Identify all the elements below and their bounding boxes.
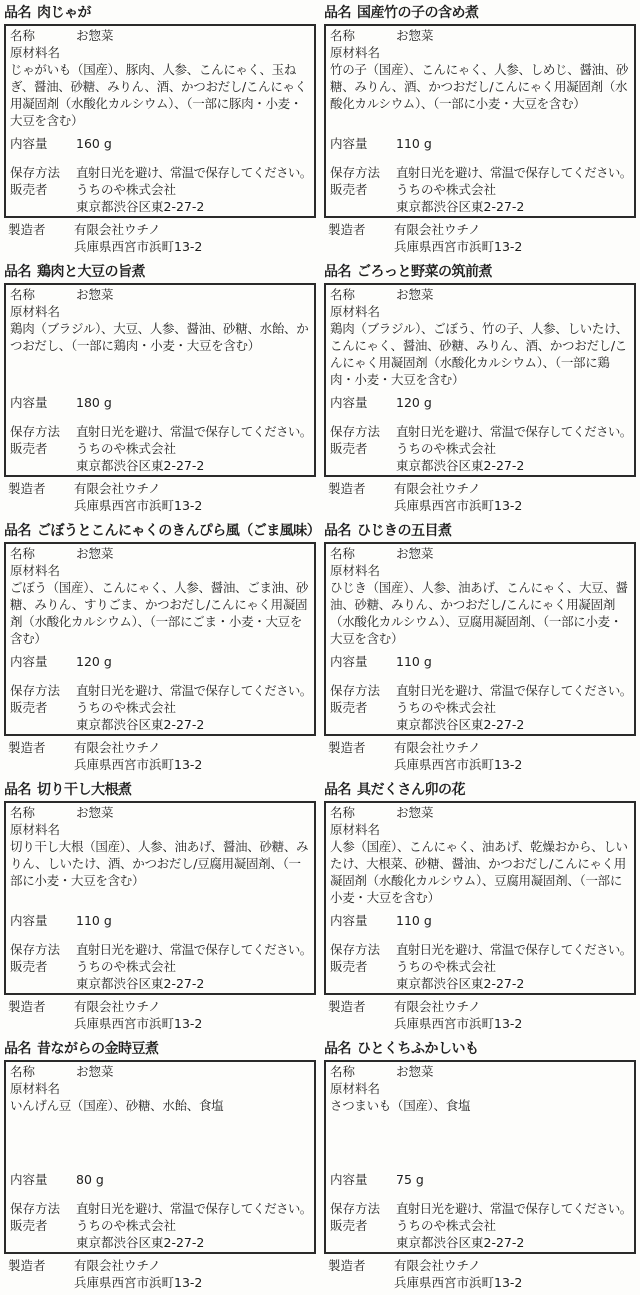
net-content-value: 180 g (76, 394, 112, 411)
manufacturer-name: 有限会社ウチノ (74, 998, 202, 1015)
manufacturer-value: 有限会社ウチノ 兵庫県西宮市浜町13-2 (74, 221, 202, 255)
storage-label: 保存方法 (330, 941, 396, 958)
name-value: お惣菜 (396, 27, 434, 44)
product-name: 昔ながらの金時豆煮 (37, 1041, 159, 1057)
name-row: 名称 お惣菜 (10, 27, 310, 44)
product-title-prefix: 品名 (324, 1041, 351, 1057)
manufacturer-row: 製造者 有限会社ウチノ 兵庫県西宮市浜町13-2 (324, 221, 636, 255)
product-title: 品名ひじきの五目煮 (324, 521, 636, 542)
storage-label: 保存方法 (10, 941, 76, 958)
spec-box: 名称 お惣菜 原材料名 ひじき（国産）、人参、油あげ、こんにゃく、大豆、醤油、砂… (324, 542, 636, 736)
seller-address: 東京都渋谷区東2-27-2 (396, 716, 524, 733)
manufacturer-row: 製造者 有限会社ウチノ 兵庫県西宮市浜町13-2 (324, 480, 636, 514)
ingredients-label: 原材料名 (10, 44, 310, 61)
name-row: 名称 お惣菜 (330, 27, 630, 44)
name-value: お惣菜 (396, 1063, 434, 1080)
product-title: 品名ごぼうとこんにゃくのきんぴら風（ごま風味） (4, 521, 316, 542)
net-content-label: 内容量 (10, 653, 76, 670)
name-label: 名称 (10, 286, 76, 303)
spec-box: 名称 お惣菜 原材料名 いんげん豆（国産）、砂糖、水飴、食塩 内容量 80 g … (4, 1060, 316, 1254)
ingredients-label: 原材料名 (10, 303, 310, 320)
manufacturer-name: 有限会社ウチノ (394, 998, 522, 1015)
ingredients-label: 原材料名 (330, 1080, 630, 1097)
seller-name: うちのや株式会社 (396, 699, 524, 716)
product-title: 品名国産竹の子の含め煮 (324, 3, 636, 24)
label-card: 品名ひとくちふかしいも 名称 お惣菜 原材料名 さつまいも（国産）、食塩 内容量… (320, 1036, 640, 1295)
ingredients-text: さつまいも（国産）、食塩 (330, 1097, 630, 1165)
seller-row: 販売者 うちのや株式会社 東京都渋谷区東2-27-2 (330, 958, 630, 992)
spec-box: 名称 お惣菜 原材料名 人参（国産）、こんにゃく、油あげ、乾燥おから、しいたけ、… (324, 801, 636, 995)
manufacturer-address: 兵庫県西宮市浜町13-2 (394, 1015, 522, 1032)
manufacturer-label: 製造者 (8, 998, 74, 1032)
manufacturer-value: 有限会社ウチノ 兵庫県西宮市浜町13-2 (394, 480, 522, 514)
storage-value: 直射日光を避け、常温で保存してください。 (396, 423, 632, 440)
manufacturer-row: 製造者 有限会社ウチノ 兵庫県西宮市浜町13-2 (324, 739, 636, 773)
seller-name: うちのや株式会社 (76, 1217, 204, 1234)
spec-box: 名称 お惣菜 原材料名 ごぼう（国産）、こんにゃく、人参、醤油、ごま油、砂糖、み… (4, 542, 316, 736)
ingredients-text: 人参（国産）、こんにゃく、油あげ、乾燥おから、しいたけ、大根菜、砂糖、醤油、かつ… (330, 838, 630, 906)
name-row: 名称 お惣菜 (330, 1063, 630, 1080)
seller-value: うちのや株式会社 東京都渋谷区東2-27-2 (76, 958, 204, 992)
spec-box: 名称 お惣菜 原材料名 竹の子（国産）、こんにゃく、人参、しめじ、醤油、砂糖、み… (324, 24, 636, 218)
net-content-row: 内容量 110 g (10, 912, 310, 929)
manufacturer-label: 製造者 (8, 1257, 74, 1291)
seller-value: うちのや株式会社 東京都渋谷区東2-27-2 (76, 699, 204, 733)
storage-label: 保存方法 (10, 1200, 76, 1217)
name-value: お惣菜 (76, 545, 114, 562)
product-title-prefix: 品名 (4, 1041, 31, 1057)
net-content-label: 内容量 (10, 1171, 76, 1188)
product-name: ごぼうとこんにゃくのきんぴら風（ごま風味） (37, 523, 316, 539)
label-card: 品名切り干し大根煮 名称 お惣菜 原材料名 切り干し大根（国産）、人参、油あげ、… (0, 777, 320, 1036)
seller-name: うちのや株式会社 (396, 1217, 524, 1234)
name-row: 名称 お惣菜 (330, 804, 630, 821)
seller-name: うちのや株式会社 (76, 181, 204, 198)
manufacturer-label: 製造者 (328, 998, 394, 1032)
label-card: 品名ひじきの五目煮 名称 お惣菜 原材料名 ひじき（国産）、人参、油あげ、こんに… (320, 518, 640, 777)
storage-label: 保存方法 (330, 423, 396, 440)
storage-row: 保存方法 直射日光を避け、常温で保存してください。 (10, 1200, 310, 1217)
spec-box: 名称 お惣菜 原材料名 鶏肉（ブラジル）、ごぼう、竹の子、人参、しいたけ、こんに… (324, 283, 636, 477)
seller-name: うちのや株式会社 (76, 699, 204, 716)
manufacturer-name: 有限会社ウチノ (394, 221, 522, 238)
seller-address: 東京都渋谷区東2-27-2 (396, 1234, 524, 1251)
storage-row: 保存方法 直射日光を避け、常温で保存してください。 (330, 423, 630, 440)
seller-value: うちのや株式会社 東京都渋谷区東2-27-2 (76, 440, 204, 474)
net-content-value: 110 g (76, 912, 112, 929)
net-content-label: 内容量 (10, 135, 76, 152)
storage-row: 保存方法 直射日光を避け、常温で保存してください。 (10, 682, 310, 699)
name-value: お惣菜 (76, 1063, 114, 1080)
storage-row: 保存方法 直射日光を避け、常温で保存してください。 (10, 423, 310, 440)
manufacturer-label: 製造者 (328, 739, 394, 773)
manufacturer-value: 有限会社ウチノ 兵庫県西宮市浜町13-2 (394, 739, 522, 773)
seller-label: 販売者 (10, 699, 76, 733)
net-content-row: 内容量 110 g (330, 912, 630, 929)
name-value: お惣菜 (76, 286, 114, 303)
manufacturer-address: 兵庫県西宮市浜町13-2 (394, 1274, 522, 1291)
name-row: 名称 お惣菜 (10, 286, 310, 303)
product-title-prefix: 品名 (4, 523, 31, 539)
product-title: 品名ごろっと野菜の筑前煮 (324, 262, 636, 283)
seller-label: 販売者 (10, 1217, 76, 1251)
product-title: 品名昔ながらの金時豆煮 (4, 1039, 316, 1060)
product-title-prefix: 品名 (4, 5, 31, 21)
manufacturer-row: 製造者 有限会社ウチノ 兵庫県西宮市浜町13-2 (4, 480, 316, 514)
ingredients-text: 鶏肉（ブラジル）、大豆、人参、醤油、砂糖、水飴、かつおだし、（一部に鶏肉・小麦・… (10, 320, 310, 388)
manufacturer-row: 製造者 有限会社ウチノ 兵庫県西宮市浜町13-2 (4, 739, 316, 773)
seller-value: うちのや株式会社 東京都渋谷区東2-27-2 (396, 1217, 524, 1251)
spec-box: 名称 お惣菜 原材料名 さつまいも（国産）、食塩 内容量 75 g 保存方法 直… (324, 1060, 636, 1254)
product-name: ひじきの五目煮 (357, 523, 452, 539)
net-content-value: 110 g (396, 912, 432, 929)
net-content-value: 110 g (396, 653, 432, 670)
spec-box: 名称 お惣菜 原材料名 じゃがいも（国産）、豚肉、人参、こんにゃく、玉ねぎ、醤油… (4, 24, 316, 218)
product-title-prefix: 品名 (324, 782, 351, 798)
storage-value: 直射日光を避け、常温で保存してください。 (76, 164, 312, 181)
ingredients-text: じゃがいも（国産）、豚肉、人参、こんにゃく、玉ねぎ、醤油、砂糖、みりん、酒、かつ… (10, 61, 310, 129)
ingredients-label: 原材料名 (10, 821, 310, 838)
net-content-row: 内容量 120 g (330, 394, 630, 411)
net-content-value: 160 g (76, 135, 112, 152)
manufacturer-name: 有限会社ウチノ (74, 221, 202, 238)
storage-value: 直射日光を避け、常温で保存してください。 (76, 682, 312, 699)
manufacturer-label: 製造者 (8, 739, 74, 773)
net-content-label: 内容量 (330, 1171, 396, 1188)
seller-value: うちのや株式会社 東京都渋谷区東2-27-2 (396, 440, 524, 474)
ingredients-text: いんげん豆（国産）、砂糖、水飴、食塩 (10, 1097, 310, 1165)
net-content-row: 内容量 110 g (330, 135, 630, 152)
product-title: 品名肉じゃが (4, 3, 316, 24)
storage-label: 保存方法 (330, 1200, 396, 1217)
manufacturer-name: 有限会社ウチノ (74, 480, 202, 497)
manufacturer-label: 製造者 (328, 221, 394, 255)
storage-label: 保存方法 (330, 682, 396, 699)
seller-row: 販売者 うちのや株式会社 東京都渋谷区東2-27-2 (10, 440, 310, 474)
seller-label: 販売者 (10, 181, 76, 215)
seller-row: 販売者 うちのや株式会社 東京都渋谷区東2-27-2 (330, 1217, 630, 1251)
storage-row: 保存方法 直射日光を避け、常温で保存してください。 (330, 164, 630, 181)
labels-grid: 品名肉じゃが 名称 お惣菜 原材料名 じゃがいも（国産）、豚肉、人参、こんにゃく… (0, 0, 640, 1295)
name-label: 名称 (10, 545, 76, 562)
seller-label: 販売者 (330, 958, 396, 992)
seller-label: 販売者 (10, 440, 76, 474)
storage-label: 保存方法 (330, 164, 396, 181)
name-label: 名称 (10, 804, 76, 821)
seller-row: 販売者 うちのや株式会社 東京都渋谷区東2-27-2 (10, 699, 310, 733)
manufacturer-address: 兵庫県西宮市浜町13-2 (74, 238, 202, 255)
product-title-prefix: 品名 (324, 523, 351, 539)
net-content-label: 内容量 (10, 394, 76, 411)
net-content-value: 110 g (396, 135, 432, 152)
storage-value: 直射日光を避け、常温で保存してください。 (76, 941, 312, 958)
manufacturer-address: 兵庫県西宮市浜町13-2 (74, 497, 202, 514)
label-card: 品名国産竹の子の含め煮 名称 お惣菜 原材料名 竹の子（国産）、こんにゃく、人参… (320, 0, 640, 259)
seller-row: 販売者 うちのや株式会社 東京都渋谷区東2-27-2 (330, 699, 630, 733)
name-label: 名称 (10, 1063, 76, 1080)
product-title-prefix: 品名 (324, 5, 351, 21)
name-row: 名称 お惣菜 (10, 1063, 310, 1080)
name-label: 名称 (330, 286, 396, 303)
manufacturer-label: 製造者 (328, 480, 394, 514)
manufacturer-name: 有限会社ウチノ (394, 1257, 522, 1274)
product-name: 具だくさん卯の花 (357, 782, 465, 798)
seller-label: 販売者 (10, 958, 76, 992)
manufacturer-name: 有限会社ウチノ (74, 739, 202, 756)
seller-row: 販売者 うちのや株式会社 東京都渋谷区東2-27-2 (330, 181, 630, 215)
net-content-label: 内容量 (330, 912, 396, 929)
product-title: 品名鶏肉と大豆の旨煮 (4, 262, 316, 283)
product-name: 肉じゃが (37, 5, 91, 21)
ingredients-label: 原材料名 (10, 562, 310, 579)
manufacturer-name: 有限会社ウチノ (394, 480, 522, 497)
seller-name: うちのや株式会社 (396, 958, 524, 975)
storage-label: 保存方法 (10, 682, 76, 699)
storage-row: 保存方法 直射日光を避け、常温で保存してください。 (330, 941, 630, 958)
seller-value: うちのや株式会社 東京都渋谷区東2-27-2 (76, 1217, 204, 1251)
product-title: 品名具だくさん卯の花 (324, 780, 636, 801)
name-row: 名称 お惣菜 (330, 286, 630, 303)
seller-row: 販売者 うちのや株式会社 東京都渋谷区東2-27-2 (10, 958, 310, 992)
label-card: 品名昔ながらの金時豆煮 名称 お惣菜 原材料名 いんげん豆（国産）、砂糖、水飴、… (0, 1036, 320, 1295)
seller-name: うちのや株式会社 (396, 181, 524, 198)
seller-label: 販売者 (330, 1217, 396, 1251)
storage-value: 直射日光を避け、常温で保存してください。 (396, 682, 632, 699)
label-card: 品名ごろっと野菜の筑前煮 名称 お惣菜 原材料名 鶏肉（ブラジル）、ごぼう、竹の… (320, 259, 640, 518)
storage-value: 直射日光を避け、常温で保存してください。 (396, 941, 632, 958)
name-value: お惣菜 (76, 804, 114, 821)
seller-value: うちのや株式会社 東京都渋谷区東2-27-2 (396, 699, 524, 733)
net-content-row: 内容量 160 g (10, 135, 310, 152)
label-card: 品名具だくさん卯の花 名称 お惣菜 原材料名 人参（国産）、こんにゃく、油あげ、… (320, 777, 640, 1036)
manufacturer-address: 兵庫県西宮市浜町13-2 (74, 1274, 202, 1291)
product-title-prefix: 品名 (324, 264, 351, 280)
seller-label: 販売者 (330, 181, 396, 215)
product-name: 切り干し大根煮 (37, 782, 132, 798)
manufacturer-address: 兵庫県西宮市浜町13-2 (394, 756, 522, 773)
seller-address: 東京都渋谷区東2-27-2 (76, 198, 204, 215)
manufacturer-row: 製造者 有限会社ウチノ 兵庫県西宮市浜町13-2 (4, 221, 316, 255)
storage-row: 保存方法 直射日光を避け、常温で保存してください。 (330, 682, 630, 699)
manufacturer-row: 製造者 有限会社ウチノ 兵庫県西宮市浜町13-2 (4, 1257, 316, 1291)
seller-value: うちのや株式会社 東京都渋谷区東2-27-2 (76, 181, 204, 215)
manufacturer-address: 兵庫県西宮市浜町13-2 (394, 238, 522, 255)
seller-address: 東京都渋谷区東2-27-2 (76, 716, 204, 733)
storage-row: 保存方法 直射日光を避け、常温で保存してください。 (10, 941, 310, 958)
seller-value: うちのや株式会社 東京都渋谷区東2-27-2 (396, 181, 524, 215)
seller-address: 東京都渋谷区東2-27-2 (76, 457, 204, 474)
spec-box: 名称 お惣菜 原材料名 鶏肉（ブラジル）、大豆、人参、醤油、砂糖、水飴、かつおだ… (4, 283, 316, 477)
name-value: お惣菜 (396, 286, 434, 303)
net-content-value: 75 g (396, 1171, 424, 1188)
manufacturer-value: 有限会社ウチノ 兵庫県西宮市浜町13-2 (74, 998, 202, 1032)
seller-label: 販売者 (330, 699, 396, 733)
ingredients-text: 切り干し大根（国産）、人参、油あげ、醤油、砂糖、みりん、しいたけ、酒、かつおだし… (10, 838, 310, 906)
ingredients-label: 原材料名 (330, 821, 630, 838)
manufacturer-address: 兵庫県西宮市浜町13-2 (74, 1015, 202, 1032)
ingredients-label: 原材料名 (10, 1080, 310, 1097)
manufacturer-address: 兵庫県西宮市浜町13-2 (394, 497, 522, 514)
name-row: 名称 お惣菜 (10, 804, 310, 821)
name-label: 名称 (330, 545, 396, 562)
seller-value: うちのや株式会社 東京都渋谷区東2-27-2 (396, 958, 524, 992)
ingredients-label: 原材料名 (330, 562, 630, 579)
net-content-row: 内容量 80 g (10, 1171, 310, 1188)
net-content-row: 内容量 180 g (10, 394, 310, 411)
manufacturer-value: 有限会社ウチノ 兵庫県西宮市浜町13-2 (74, 1257, 202, 1291)
manufacturer-row: 製造者 有限会社ウチノ 兵庫県西宮市浜町13-2 (324, 998, 636, 1032)
name-label: 名称 (330, 1063, 396, 1080)
storage-value: 直射日光を避け、常温で保存してください。 (396, 1200, 632, 1217)
label-card: 品名鶏肉と大豆の旨煮 名称 お惣菜 原材料名 鶏肉（ブラジル）、大豆、人参、醤油… (0, 259, 320, 518)
ingredients-label: 原材料名 (330, 303, 630, 320)
ingredients-text: ごぼう（国産）、こんにゃく、人参、醤油、ごま油、砂糖、みりん、すりごま、かつおだ… (10, 579, 310, 647)
manufacturer-label: 製造者 (8, 221, 74, 255)
net-content-value: 120 g (76, 653, 112, 670)
net-content-label: 内容量 (330, 135, 396, 152)
storage-label: 保存方法 (10, 164, 76, 181)
manufacturer-value: 有限会社ウチノ 兵庫県西宮市浜町13-2 (74, 480, 202, 514)
seller-row: 販売者 うちのや株式会社 東京都渋谷区東2-27-2 (10, 181, 310, 215)
name-row: 名称 お惣菜 (330, 545, 630, 562)
label-card: 品名肉じゃが 名称 お惣菜 原材料名 じゃがいも（国産）、豚肉、人参、こんにゃく… (0, 0, 320, 259)
manufacturer-row: 製造者 有限会社ウチノ 兵庫県西宮市浜町13-2 (324, 1257, 636, 1291)
seller-name: うちのや株式会社 (396, 440, 524, 457)
storage-row: 保存方法 直射日光を避け、常温で保存してください。 (10, 164, 310, 181)
product-title: 品名ひとくちふかしいも (324, 1039, 636, 1060)
ingredients-text: ひじき（国産）、人参、油あげ、こんにゃく、大豆、醤油、砂糖、みりん、かつおだし/… (330, 579, 630, 647)
label-card: 品名ごぼうとこんにゃくのきんぴら風（ごま風味） 名称 お惣菜 原材料名 ごぼう（… (0, 518, 320, 777)
storage-label: 保存方法 (10, 423, 76, 440)
manufacturer-label: 製造者 (328, 1257, 394, 1291)
ingredients-text: 竹の子（国産）、こんにゃく、人参、しめじ、醤油、砂糖、みりん、酒、かつおだし/こ… (330, 61, 630, 129)
seller-address: 東京都渋谷区東2-27-2 (76, 975, 204, 992)
net-content-row: 内容量 75 g (330, 1171, 630, 1188)
net-content-label: 内容量 (330, 653, 396, 670)
seller-row: 販売者 うちのや株式会社 東京都渋谷区東2-27-2 (330, 440, 630, 474)
product-name: 国産竹の子の含め煮 (357, 5, 479, 21)
seller-address: 東京都渋谷区東2-27-2 (396, 975, 524, 992)
seller-row: 販売者 うちのや株式会社 東京都渋谷区東2-27-2 (10, 1217, 310, 1251)
product-name: ごろっと野菜の筑前煮 (357, 264, 492, 280)
manufacturer-value: 有限会社ウチノ 兵庫県西宮市浜町13-2 (394, 998, 522, 1032)
manufacturer-row: 製造者 有限会社ウチノ 兵庫県西宮市浜町13-2 (4, 998, 316, 1032)
ingredients-label: 原材料名 (330, 44, 630, 61)
storage-row: 保存方法 直射日光を避け、常温で保存してください。 (330, 1200, 630, 1217)
storage-value: 直射日光を避け、常温で保存してください。 (76, 423, 312, 440)
name-value: お惣菜 (76, 27, 114, 44)
seller-name: うちのや株式会社 (76, 958, 204, 975)
manufacturer-value: 有限会社ウチノ 兵庫県西宮市浜町13-2 (394, 1257, 522, 1291)
net-content-row: 内容量 110 g (330, 653, 630, 670)
name-row: 名称 お惣菜 (10, 545, 310, 562)
product-title: 品名切り干し大根煮 (4, 780, 316, 801)
storage-value: 直射日光を避け、常温で保存してください。 (396, 164, 632, 181)
net-content-label: 内容量 (10, 912, 76, 929)
manufacturer-label: 製造者 (8, 480, 74, 514)
storage-value: 直射日光を避け、常温で保存してください。 (76, 1200, 312, 1217)
net-content-row: 内容量 120 g (10, 653, 310, 670)
manufacturer-name: 有限会社ウチノ (74, 1257, 202, 1274)
spec-box: 名称 お惣菜 原材料名 切り干し大根（国産）、人参、油あげ、醤油、砂糖、みりん、… (4, 801, 316, 995)
name-label: 名称 (330, 27, 396, 44)
manufacturer-address: 兵庫県西宮市浜町13-2 (74, 756, 202, 773)
name-value: お惣菜 (396, 545, 434, 562)
name-label: 名称 (10, 27, 76, 44)
net-content-label: 内容量 (330, 394, 396, 411)
name-label: 名称 (330, 804, 396, 821)
product-title-prefix: 品名 (4, 782, 31, 798)
seller-address: 東京都渋谷区東2-27-2 (396, 198, 524, 215)
seller-address: 東京都渋谷区東2-27-2 (76, 1234, 204, 1251)
product-title-prefix: 品名 (4, 264, 31, 280)
seller-name: うちのや株式会社 (76, 440, 204, 457)
manufacturer-name: 有限会社ウチノ (394, 739, 522, 756)
seller-label: 販売者 (330, 440, 396, 474)
net-content-value: 80 g (76, 1171, 104, 1188)
manufacturer-value: 有限会社ウチノ 兵庫県西宮市浜町13-2 (74, 739, 202, 773)
net-content-value: 120 g (396, 394, 432, 411)
ingredients-text: 鶏肉（ブラジル）、ごぼう、竹の子、人参、しいたけ、こんにゃく、醤油、砂糖、みりん… (330, 320, 630, 388)
product-name: ひとくちふかしいも (357, 1041, 479, 1057)
product-name: 鶏肉と大豆の旨煮 (37, 264, 145, 280)
seller-address: 東京都渋谷区東2-27-2 (396, 457, 524, 474)
manufacturer-value: 有限会社ウチノ 兵庫県西宮市浜町13-2 (394, 221, 522, 255)
name-value: お惣菜 (396, 804, 434, 821)
